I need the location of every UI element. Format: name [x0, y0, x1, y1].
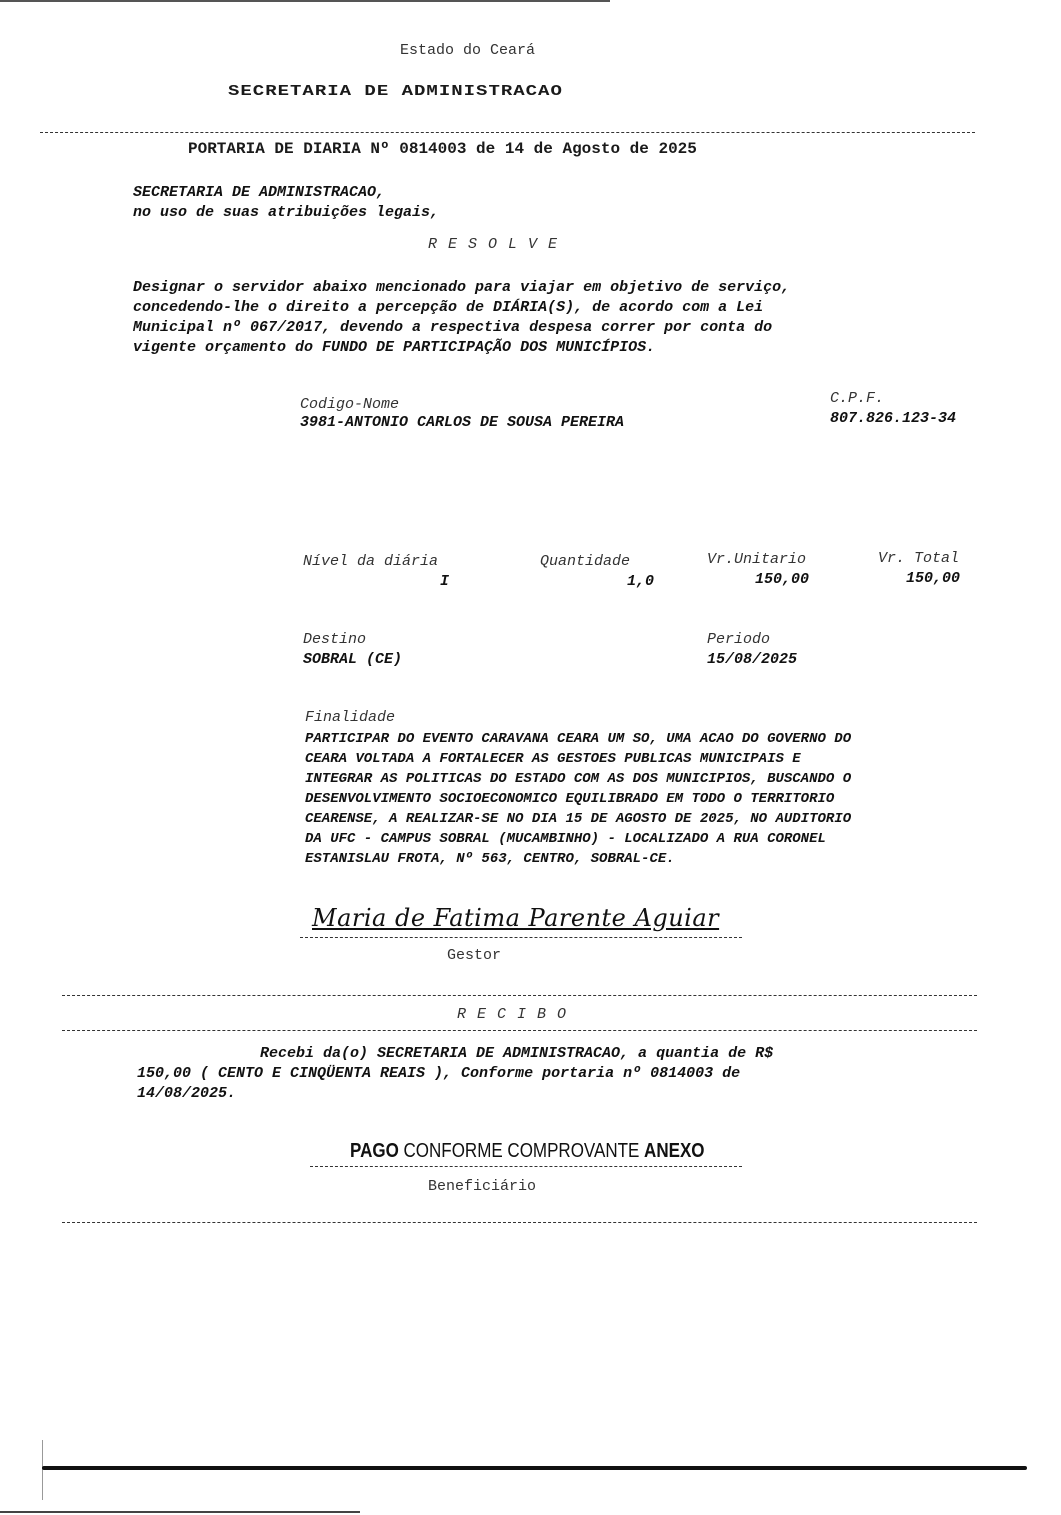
total-label: Vr. Total: [878, 550, 959, 567]
finalidade-line: DA UFC - CAMPUS SOBRAL (MUCAMBINHO) - LO…: [305, 829, 826, 849]
payment-stamp: PAGO CONFORME COMPROVANTE ANEXO: [350, 1140, 705, 1163]
unitario-value: 150,00: [755, 571, 809, 588]
document-title: PORTARIA DE DIARIA Nº 0814003 de 14 de A…: [188, 140, 697, 158]
periodo-label: Periodo: [707, 631, 770, 648]
resolution-line: Municipal nº 067/2017, devendo a respect…: [133, 318, 772, 338]
cpf-value: 807.826.123-34: [830, 410, 956, 427]
destino-label: Destino: [303, 631, 366, 648]
divider-top: [40, 132, 975, 133]
cpf-label: C.P.F.: [830, 390, 884, 407]
signature-role: Gestor: [447, 947, 501, 964]
beneficiary-signature-line: [310, 1166, 742, 1167]
quantidade-label: Quantidade: [540, 553, 630, 570]
scan-top-edge: [0, 0, 610, 2]
finalidade-line: INTEGRAR AS POLITICAS DO ESTADO COM AS D…: [305, 769, 851, 789]
handwritten-signature: Maria de Fatima Parente Aguiar: [312, 904, 719, 932]
finalidade-line: PARTICIPAR DO EVENTO CARAVANA CEARA UM S…: [305, 729, 851, 749]
total-value: 150,00: [906, 570, 960, 587]
preamble-department: SECRETARIA DE ADMINISTRACAO,: [133, 183, 385, 203]
destino-value: SOBRAL (CE): [303, 651, 402, 668]
resolution-line: concedendo-lhe o direito a percepção de …: [133, 298, 763, 318]
state-name: Estado do Ceará: [400, 42, 535, 59]
finalidade-line: DESENVOLVIMENTO SOCIOECONOMICO EQUILIBRA…: [305, 789, 834, 809]
code-name-value: 3981-ANTONIO CARLOS DE SOUSA PEREIRA: [300, 414, 624, 431]
scan-left-edge: [42, 1440, 43, 1500]
finalidade-label: Finalidade: [305, 709, 395, 726]
recibo-heading: R E C I B O: [457, 1006, 567, 1023]
resolution-line: vigente orçamento do FUNDO DE PARTICIPAÇ…: [133, 338, 655, 358]
scan-bottom-corner: [0, 1511, 360, 1513]
department-name: SECRETARIA DE ADMINISTRACAO: [228, 82, 563, 100]
quantidade-value: 1,0: [627, 573, 654, 590]
periodo-value: 15/08/2025: [707, 651, 797, 668]
beneficiary-label: Beneficiário: [428, 1178, 536, 1195]
resolve-heading: R E S O L V E: [428, 236, 558, 253]
divider-bottom: [62, 1222, 977, 1223]
recibo-line: 14/08/2025.: [137, 1084, 236, 1104]
recibo-line: Recebi da(o) SECRETARIA DE ADMINISTRACAO…: [260, 1044, 773, 1064]
nivel-value: I: [440, 573, 449, 590]
scan-bottom-line: [42, 1466, 1027, 1470]
code-name-label: Codigo-Nome: [300, 396, 399, 413]
nivel-label: Nível da diária: [303, 553, 438, 570]
finalidade-line: CEARENSE, A REALIZAR-SE NO DIA 15 DE AGO…: [305, 809, 851, 829]
signature-line: [300, 937, 742, 938]
finalidade-line: CEARA VOLTADA A FORTALECER AS GESTOES PU…: [305, 749, 801, 769]
finalidade-line: ESTANISLAU FROTA, Nº 563, CENTRO, SOBRAL…: [305, 849, 675, 869]
preamble-authority: no uso de suas atribuições legais,: [133, 203, 439, 223]
divider-recibo-bottom: [62, 1030, 977, 1031]
divider-recibo-top: [62, 995, 977, 996]
resolution-line: Designar o servidor abaixo mencionado pa…: [133, 278, 790, 298]
recibo-line: 150,00 ( CENTO E CINQÜENTA REAIS ), Conf…: [137, 1064, 740, 1084]
unitario-label: Vr.Unitario: [707, 551, 806, 568]
